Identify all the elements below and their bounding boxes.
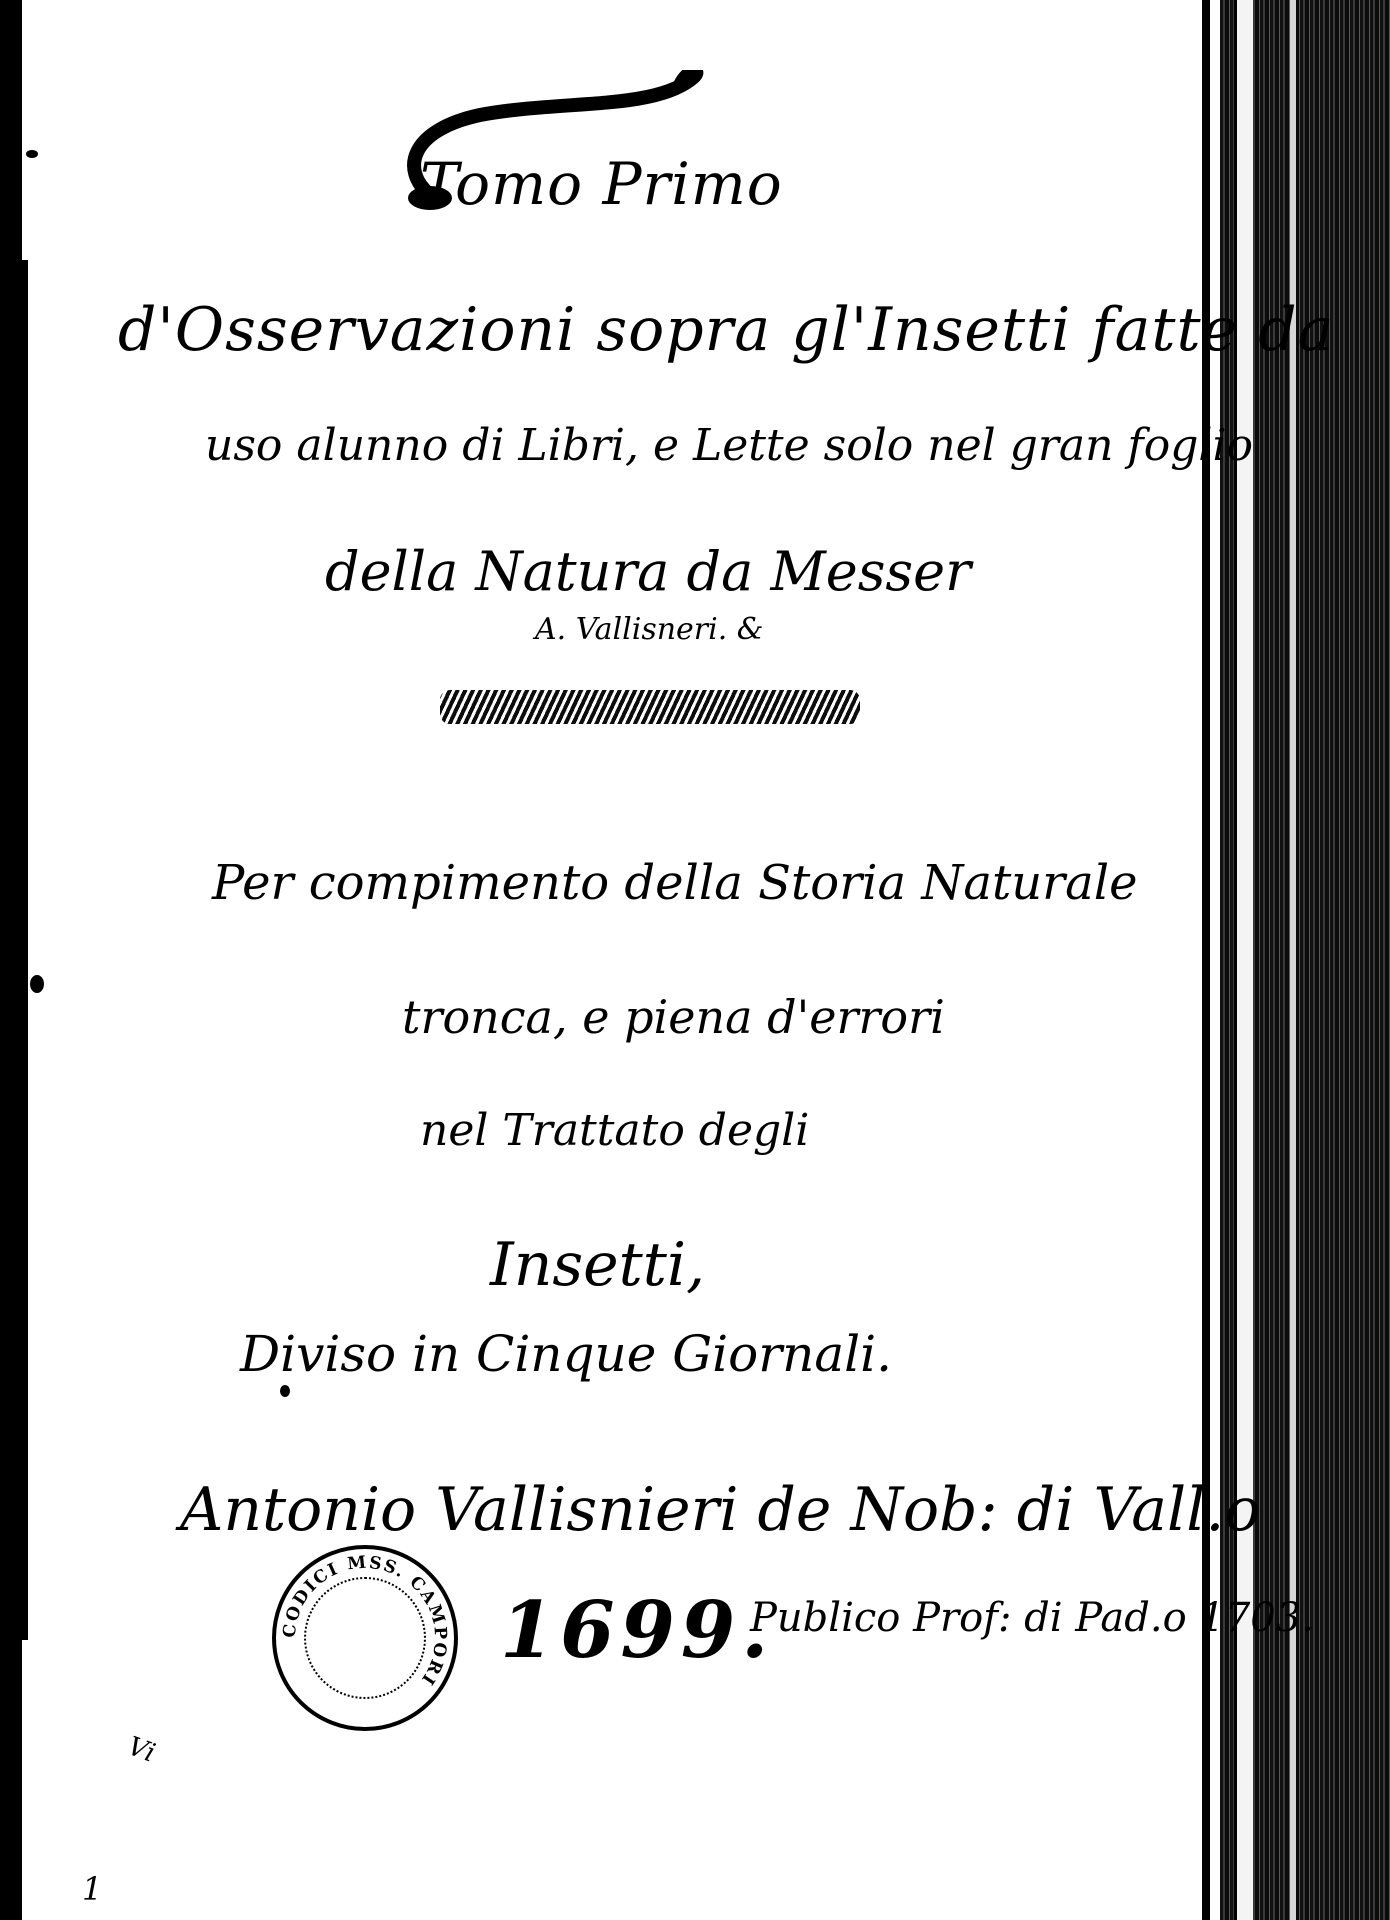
- text-line-1: d'Osservazioni sopra gl'Insetti fatte da: [118, 295, 1334, 365]
- ink-blot: [30, 975, 44, 993]
- purpose-line-4: Insetti,: [490, 1230, 705, 1300]
- purpose-line-2: tronca, e piena d'errori: [402, 990, 945, 1044]
- svg-text:CODICI MSS. CAMPORI: CODICI MSS. CAMPORI: [280, 1552, 451, 1689]
- title-tomo-primo: Tomo Primo: [420, 150, 783, 218]
- addendum-line: Publico Prof: di Pad.o 1703.: [750, 1595, 1314, 1641]
- struck-out-text: [440, 690, 860, 724]
- ink-blot: [26, 150, 38, 158]
- text-line-2: uso alunno di Libri, e Lette solo nel gr…: [205, 420, 1253, 471]
- margin-mark-vi: Vi: [124, 1731, 159, 1768]
- library-stamp-icon: CODICI MSS. CAMPORI: [272, 1545, 458, 1731]
- author-line: Antonio Vallisnieri de Nob: di Vall.o: [180, 1475, 1261, 1545]
- text-line-4-insertion: A. Vallisneri. &: [535, 612, 764, 647]
- stamp-text-ring: CODICI MSS. CAMPORI: [276, 1549, 454, 1727]
- margin-mark-folio-number: 1: [82, 1870, 102, 1908]
- purpose-line-3: nel Trattato degli: [420, 1105, 809, 1156]
- ink-blot: [280, 1385, 290, 1397]
- manuscript-page: Tomo Primo d'Osservazioni sopra gl'Inset…: [0, 0, 1390, 1920]
- year: 1699.: [500, 1585, 774, 1676]
- purpose-line-5: Diviso in Cinque Giornali.: [240, 1325, 892, 1383]
- text-line-3: della Natura da Messer: [325, 540, 971, 603]
- left-scan-edge: [0, 0, 22, 1920]
- purpose-line-1: Per compimento della Storia Naturale: [212, 855, 1138, 911]
